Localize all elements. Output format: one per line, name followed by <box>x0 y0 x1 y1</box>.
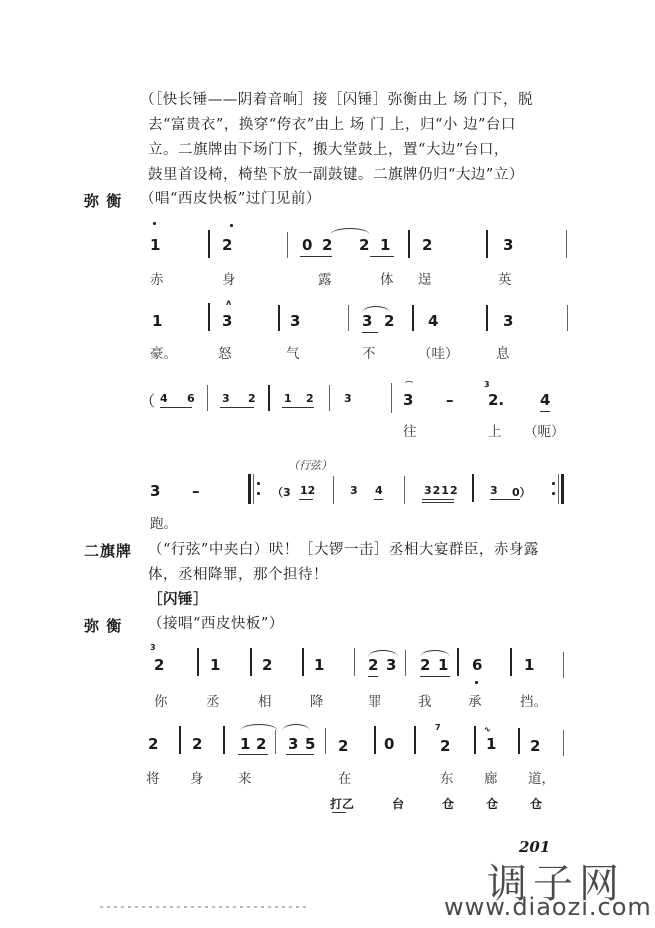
trill-mark: ∿ <box>484 726 491 734</box>
note: 0） <box>512 484 531 500</box>
note: 2 <box>359 236 369 254</box>
lyric: 廊 <box>484 767 498 787</box>
note: 1 <box>380 236 390 254</box>
note: 3212 <box>424 484 459 497</box>
note: 2 <box>422 236 432 254</box>
note: 2 <box>420 656 430 674</box>
watermark-url: www.diaozi.com <box>444 893 652 921</box>
xingxian-label: （行弦） <box>288 457 332 473</box>
note: 1 <box>210 656 220 674</box>
lyric: 将 <box>146 767 160 787</box>
note: 2 <box>192 735 202 753</box>
lyric: 赤 <box>150 268 164 288</box>
note: 6 <box>472 656 482 674</box>
grace-note: 3 <box>484 381 490 389</box>
lyric: 我 <box>418 690 432 710</box>
stage-direction-line-4: 鼓里首设椅，椅垫下放一副鼓键。二旗牌仍归“大边”立） <box>148 163 524 187</box>
note: 2 <box>368 656 378 674</box>
note: 1 <box>284 392 292 405</box>
note: 1 <box>240 735 250 753</box>
note: 2. <box>488 391 504 409</box>
note: 2 <box>248 392 256 405</box>
lyric: 东 <box>440 767 454 787</box>
note: 3 <box>403 391 413 409</box>
stage-direction-line-1: （［快长锤——阴着音响］接［闪锤］弥衡由上 场 门下，脱 <box>140 88 533 112</box>
lyric: 露 <box>318 268 332 288</box>
note: 2 <box>306 392 314 405</box>
lyric: 豪。 <box>150 342 177 362</box>
lyric: 在 <box>338 767 352 787</box>
note: 5 <box>305 735 315 753</box>
note: 2 <box>262 656 272 674</box>
role-name: 弥 衡 <box>84 615 122 636</box>
grace-note: 3 <box>150 644 156 652</box>
note: 4 <box>375 484 383 497</box>
stage-direction-line-2: 去“富贵衣”，换穿“侉衣”由上 场 门 上，归“小 边”台口 <box>148 113 516 137</box>
note: 2 <box>322 236 332 254</box>
percussion: 仓 <box>442 795 454 812</box>
note: – <box>192 482 200 500</box>
percussion: 仓 <box>530 795 542 812</box>
percussion: 仓 <box>486 795 498 812</box>
percussion: 台 <box>392 795 404 812</box>
note: 3 <box>503 236 513 254</box>
lyric: （呃） <box>524 420 565 440</box>
speech-line-2: 体，丞相降罪，那个担待！ <box>148 563 328 587</box>
note: 2 <box>530 737 540 755</box>
note: 3 <box>222 312 232 330</box>
lyric: 英 <box>498 268 512 288</box>
percussion-cue: ［闪锤］ <box>148 588 208 612</box>
lyric: 身 <box>190 767 204 787</box>
note: 2 <box>256 735 266 753</box>
note: 12 <box>300 484 315 497</box>
note: 4 <box>428 312 438 330</box>
lyric: 逞 <box>418 268 432 288</box>
note: 0 <box>384 735 394 753</box>
lyric: 道， <box>528 767 555 787</box>
note: （3 <box>272 484 291 500</box>
note: 3 <box>150 482 160 500</box>
lyric: 身 <box>222 268 236 288</box>
lyric: 挡。 <box>520 690 547 710</box>
note: 4 <box>160 392 168 405</box>
note: 4 <box>540 391 550 409</box>
note: 1 <box>486 735 496 753</box>
note: 3 <box>386 656 396 674</box>
lyric: 丞 <box>206 690 220 710</box>
note: 2 <box>440 737 450 755</box>
note: 2 <box>222 236 232 254</box>
lyric: 怒 <box>218 342 232 362</box>
note: – <box>446 391 454 409</box>
grace-note: 7 <box>435 724 441 732</box>
note: 1 <box>152 312 162 330</box>
lyric: 承 <box>468 690 482 710</box>
lyric: （哇） <box>418 342 459 362</box>
note: 1 <box>314 656 324 674</box>
lyric: 罪 <box>368 690 382 710</box>
lyric: 息 <box>496 342 510 362</box>
stage-direction-line-3: 立。二旗牌由下场门下，搬大堂鼓上，置“大边”台口， <box>148 138 509 162</box>
note: 0 <box>302 236 312 254</box>
lyric: 相 <box>258 690 272 710</box>
note: 3 <box>288 735 298 753</box>
speech-line-1: （“行弦”中夹白）吠！［大锣一击］丞相大宴群臣，赤身露 <box>148 538 539 562</box>
scan-noise <box>100 906 310 908</box>
lyric: 来 <box>238 767 252 787</box>
note: 2 <box>154 656 164 674</box>
lyric: 气 <box>286 342 300 362</box>
note: 6 <box>187 392 195 405</box>
note: 3 <box>350 484 358 497</box>
lyric: 降 <box>310 690 324 710</box>
lyric: 你 <box>154 690 168 710</box>
note: 1 <box>150 236 160 254</box>
note: 3 <box>222 392 230 405</box>
singing-direction: （唱“西皮快板”过门见前） <box>140 187 321 211</box>
lyric: 跑。 <box>150 512 177 532</box>
note: 2 <box>384 312 394 330</box>
note: 2 <box>148 735 158 753</box>
open-paren: （ <box>140 390 155 411</box>
note: 3 <box>362 312 372 330</box>
singing-direction: （接唱“西皮快板”） <box>148 612 284 636</box>
percussion: 打乙 <box>330 795 354 812</box>
role-name: 二旗牌 <box>84 540 132 561</box>
note: 3 <box>344 392 352 405</box>
lyric: 上 <box>488 420 502 440</box>
note: 3 <box>503 312 513 330</box>
note: 1 <box>524 656 534 674</box>
lyric: 不 <box>362 342 376 362</box>
note: 3 <box>290 312 300 330</box>
lyric: 往 <box>403 420 417 440</box>
lyric: 体 <box>380 268 394 288</box>
note: 3 <box>490 484 498 497</box>
note: 2 <box>338 737 348 755</box>
note: 1 <box>438 656 448 674</box>
role-name: 弥 衡 <box>84 190 122 211</box>
